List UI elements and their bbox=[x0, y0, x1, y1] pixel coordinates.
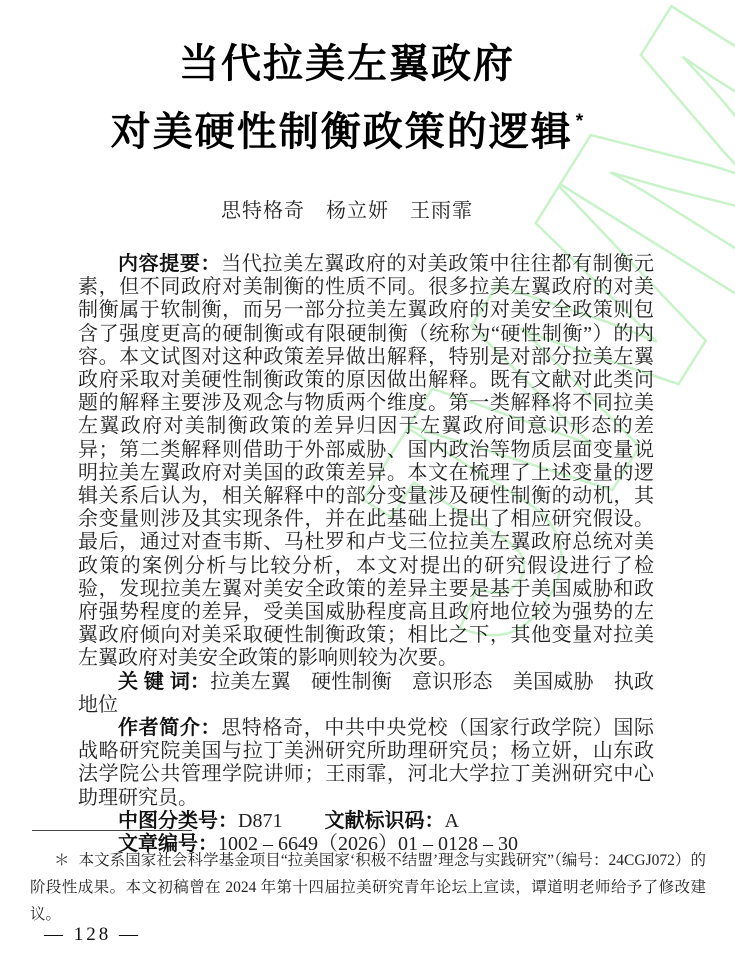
title-line-1: 当代拉美左翼政府 bbox=[0, 36, 694, 93]
journal-article-page: JWM 当代拉美左翼政府 对美硬性制衡政策的逻辑* 思特格奇 杨立妍 王雨霏 内… bbox=[0, 0, 735, 969]
footnote-text: 本文系国家社会科学基金项目“拉美国家‘积极不结盟’理念与实践研究”（编号：24C… bbox=[30, 852, 706, 923]
abstract-paragraph: 内容提要：当代拉美左翼政府的对美政策中往往都有制衡元素，但不同政府对美制衡的性质… bbox=[78, 253, 654, 671]
title-line-2-text: 对美硬性制衡政策的逻辑 bbox=[111, 110, 573, 154]
clc-value: D871 bbox=[238, 810, 282, 832]
keywords-line: 关 键 词：拉美左翼 硬性制衡 意识形态 美国威胁 执政地位 bbox=[78, 671, 654, 717]
doc-code-label: 文献标识码： bbox=[324, 810, 444, 832]
page-number: — 128 — bbox=[44, 924, 141, 946]
footnote-paragraph: ＊本文系国家社会科学基金项目“拉美国家‘积极不结盟’理念与实践研究”（编号：24… bbox=[30, 847, 706, 928]
author-bio-paragraph: 作者简介：思特格奇，中共中央党校（国家行政学院）国际战略研究院美国与拉丁美洲研究… bbox=[78, 717, 654, 810]
abstract-label: 内容提要： bbox=[118, 253, 221, 275]
title-line-2: 对美硬性制衡政策的逻辑* bbox=[0, 93, 694, 161]
abstract-section: 内容提要：当代拉美左翼政府的对美政策中往往都有制衡元素，但不同政府对美制衡的性质… bbox=[78, 253, 654, 856]
author-bio-label: 作者简介： bbox=[118, 717, 221, 739]
footnote-marker: ＊ bbox=[54, 852, 70, 869]
article-title: 当代拉美左翼政府 对美硬性制衡政策的逻辑* bbox=[0, 36, 694, 161]
footnote-divider bbox=[32, 830, 192, 831]
keywords-label: 关 键 词： bbox=[118, 671, 210, 693]
title-footnote-marker: * bbox=[576, 111, 583, 132]
doc-code-value: A bbox=[444, 810, 458, 832]
clc-label: 中图分类号： bbox=[118, 810, 238, 832]
authors-line: 思特格奇 杨立妍 王雨霏 bbox=[0, 194, 694, 223]
footnote-section: ＊本文系国家社会科学基金项目“拉美国家‘积极不结盟’理念与实践研究”（编号：24… bbox=[30, 830, 706, 928]
abstract-text: 当代拉美左翼政府的对美政策中往往都有制衡元素，但不同政府对美制衡的性质不同。很多… bbox=[78, 253, 654, 669]
